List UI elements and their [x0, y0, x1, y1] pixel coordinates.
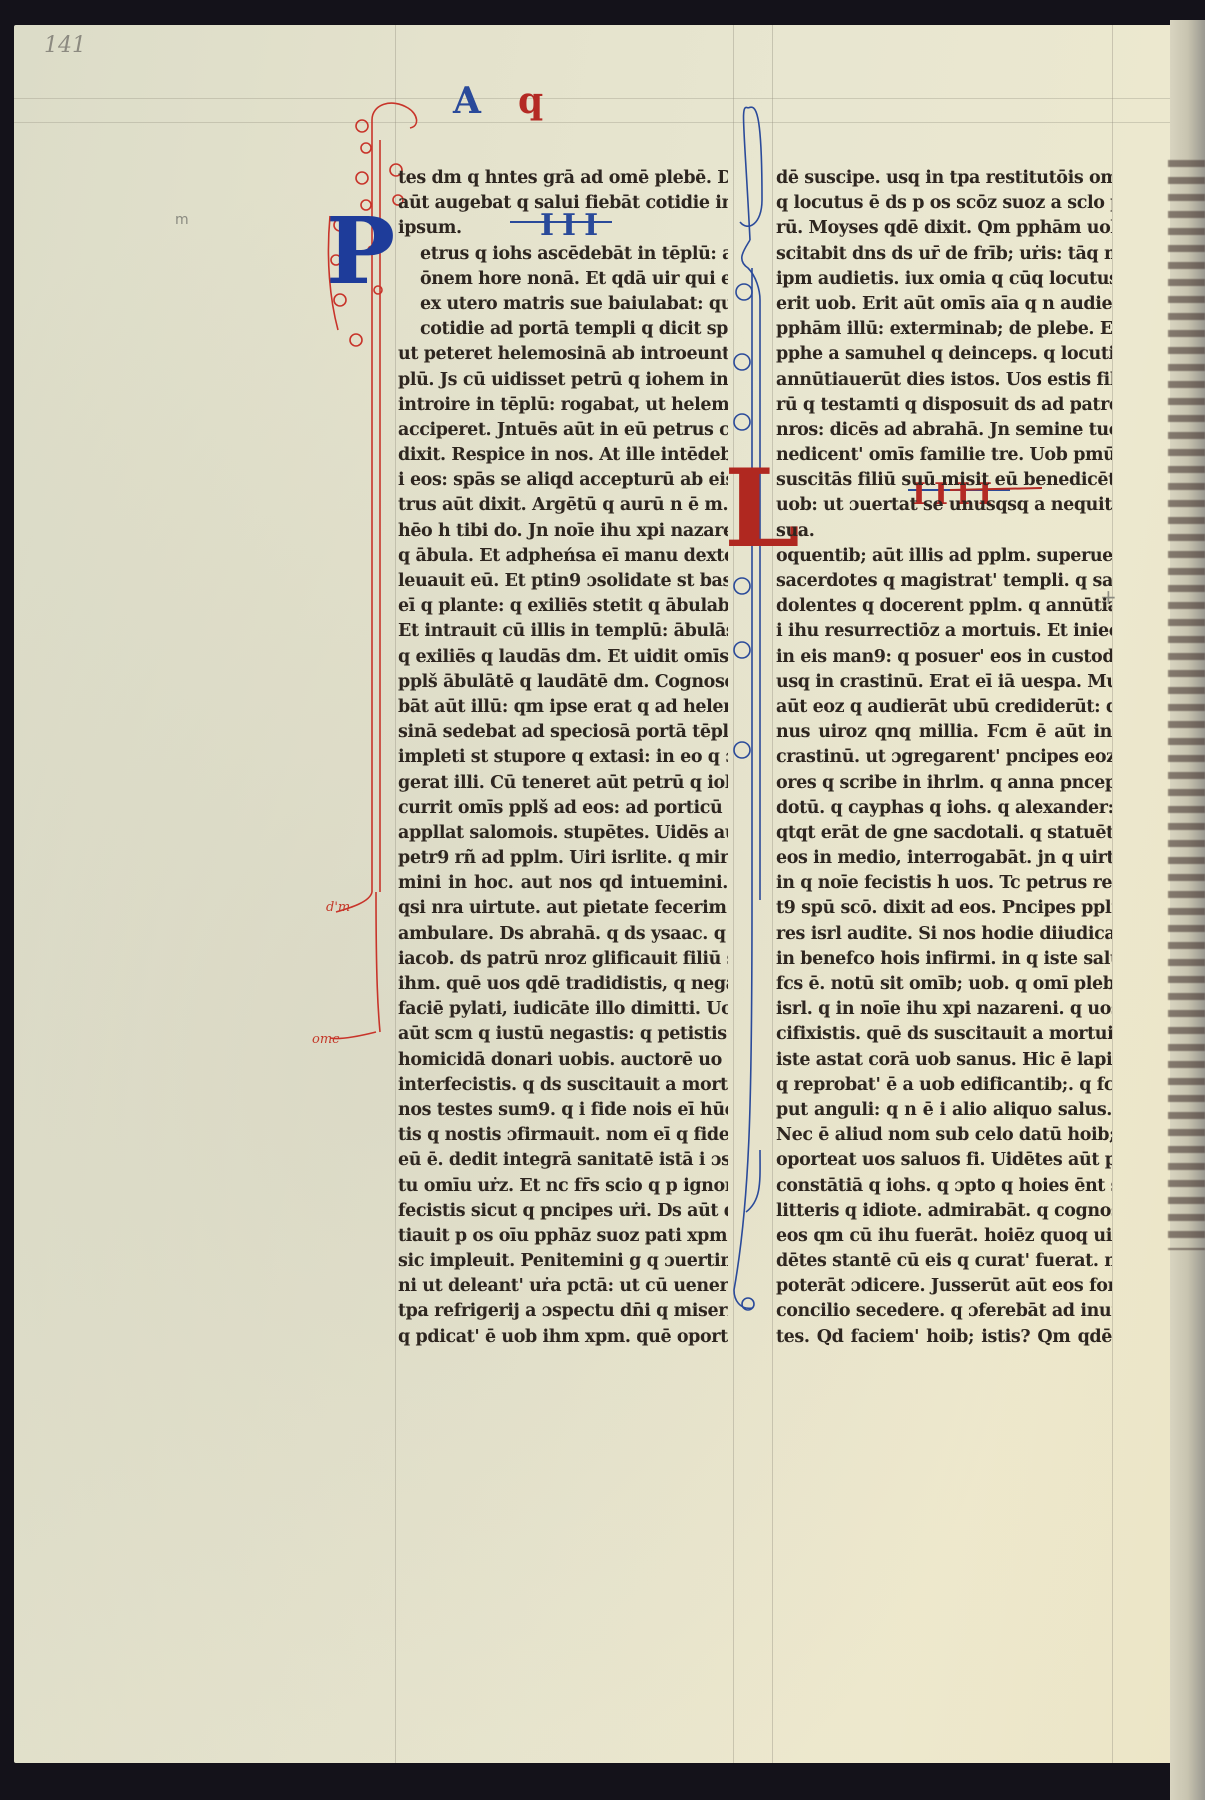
text-line: nos testes sum9. q i fide nois eī hūc qu… — [398, 1098, 728, 1123]
text-line: nus uiroz qnq millia. Fcm ē aūt in — [776, 720, 1112, 745]
pencil-mark: m — [175, 212, 189, 228]
text-line: oporteat uos saluos fi. Uidētes aūt pe — [776, 1148, 1112, 1173]
text-line: currit omīs pplš ad eos: ad porticū q — [398, 796, 728, 821]
text-line: hēo h tibi do. Jn noīe ihu xpi nazareni.… — [398, 519, 728, 544]
text-line: litteris q idiote. admirabāt. q cognosce… — [776, 1199, 1112, 1224]
text-line: isrl. q in noīe ihu xpi nazareni. q uos … — [776, 997, 1112, 1022]
ruling-line — [14, 122, 1170, 123]
text-line: petr9 rñ ad pplm. Uiri isrlite. q mira — [398, 846, 728, 871]
text-line: homicidā donari uobis. auctorē uo uite — [398, 1048, 728, 1073]
text-line: q locutus ē ds p os scōz suoz a sclo pph… — [776, 191, 1112, 216]
text-line: ores q scribe in ihrlm. q anna pnceps sa… — [776, 771, 1112, 796]
text-line: ipsum. — [398, 216, 728, 241]
text-line: tiauit p os oīu pphāz suoz pati xpm suū, — [398, 1224, 728, 1249]
text-line: concilio secedere. q ɔferebāt ad inuicē … — [776, 1299, 1112, 1324]
ruling-line — [14, 98, 1170, 99]
text-line: Et intrauit cū illis in templū: ābulās — [398, 619, 728, 644]
adjacent-leaf-text — [1168, 160, 1205, 1250]
text-line: q exiliēs q laudās dm. Et uidit omīs — [398, 645, 728, 670]
text-line: rū q testamti q disposuit ds ad patres — [776, 393, 1112, 418]
text-column-right: dē suscipe. usq in tpa restitutōis omīū.… — [776, 166, 1112, 1350]
text-line: impleti st stupore q extasi: in eo q ɔti — [398, 745, 728, 770]
text-line: iste astat corā uob sanus. Hic ē lapis — [776, 1048, 1112, 1073]
text-line: pplš ābulātē q laudātē dm. Cognosce — [398, 670, 728, 695]
text-line: mini in hoc. aut nos qd intuemini. — [398, 871, 728, 896]
text-line: iacob. ds patrū nroz glificauit filiū su… — [398, 947, 728, 972]
ruling-column-right-edge — [1112, 25, 1113, 1763]
text-line: q ābula. Et adpheńsa eī manu dextera al — [398, 544, 728, 569]
text-line: fecistis sicut q pncipes uṙi. Ds aūt q p… — [398, 1199, 728, 1224]
text-line: nedicent' omīs familie tre. Uob pmū ds — [776, 443, 1112, 468]
folio-number: 141 — [44, 33, 86, 58]
text-line: eos qm cū ihu fuerāt. hoiēz quoq ui — [776, 1224, 1112, 1249]
margin-note: omc — [312, 1032, 339, 1047]
text-line: i eos: spās se aliqd accepturū ab eis. P… — [398, 468, 728, 493]
text-line: uob: ut ɔuertat se unusqsq a nequitia — [776, 493, 1112, 518]
text-line: bāt aūt illū: qm ipse erat q ad helemo — [398, 695, 728, 720]
text-line: aūt scm q iustū negastis: q petistis uir… — [398, 1022, 728, 1047]
running-title-left: A — [453, 80, 481, 122]
text-line: ōnem hore nonā. Et qdā uir qui erat clau… — [398, 267, 728, 292]
text-line: q pdicat' ē uob ihm xpm. quē oportz celū… — [398, 1325, 728, 1350]
text-line: pphe a samuhel q deinceps. q locuti sūt. — [776, 342, 1112, 367]
text-line: tes dm q hntes grā ad omē plebē. Dns — [398, 166, 728, 191]
text-line: q reprobat' ē a uob edificantib;. q fcs … — [776, 1073, 1112, 1098]
text-line: faciē pylati, iudicāte illo dimitti. Uos — [398, 997, 728, 1022]
text-line: scitabit dns ds ur̄ de frīb; uṙis: tāq m… — [776, 242, 1112, 267]
text-column-left: tes dm q hntes grā ad omē plebē. Dns aūt… — [398, 166, 728, 1350]
text-line: dētes stantē cū eis q curat' fuerat. nic… — [776, 1249, 1112, 1274]
text-line: usq in crastinū. Erat eī iā uespa. Multi — [776, 670, 1112, 695]
text-line: rū. Moyses qdē dixit. Qm pphām uob su — [776, 216, 1112, 241]
text-line: sic impleuit. Penitemini g q ɔuertimi — [398, 1249, 728, 1274]
text-line: oquentib; aūt illis ad pplm. superuenert — [776, 544, 1112, 569]
text-line: ni ut deleant' uṙa pctā: ut cū uenerint — [398, 1274, 728, 1299]
text-line: tu omīu uṙz. Et nc fr̄s scio q p ignoran… — [398, 1174, 728, 1199]
text-line: aūt augebat q salui fiebāt cotidie in id — [398, 191, 728, 216]
text-line: ut peteret helemosinā ab introeuntib' i … — [398, 342, 728, 367]
text-line: gerat illi. Cū teneret aūt petrū q iohē:… — [398, 771, 728, 796]
text-line: qtqt erāt de gne sacdotali. q statuētes — [776, 821, 1112, 846]
text-line: pphām illū: exterminab; de plebe. Et omē… — [776, 317, 1112, 342]
text-line: ipm audietis. iux omia q cūq locutus fu — [776, 267, 1112, 292]
text-line: Nec ē aliud nom sub celo datū hoib; in q — [776, 1123, 1112, 1148]
text-line: i ihu resurrectiōz a mortuis. Et iniecer… — [776, 619, 1112, 644]
text-line: ihm. quē uos qdē tradidistis, q negastis… — [398, 972, 728, 997]
text-line: trus aūt dixit. Argētū q aurū n ē m. Qd … — [398, 493, 728, 518]
text-line: tis q nostis ɔfirmauit. nom eī q fides q… — [398, 1123, 728, 1148]
text-line: aūt eoz q audierāt ubū crediderūt: q fcs… — [776, 695, 1112, 720]
text-line: interfecistis. q ds suscitauit a mortuis… — [398, 1073, 728, 1098]
text-line: eos in medio, interrogabāt. jn q uirtute… — [776, 846, 1112, 871]
text-line: leuauit eū. Et ptin9 ɔsolidate st bases — [398, 569, 728, 594]
text-line: in benefco hois infirmi. in q iste saluu — [776, 947, 1112, 972]
text-line: eī q plante: q exiliēs stetit q ābulabat… — [398, 594, 728, 619]
text-line: acciperet. Jntuēs aūt in eū petrus cū io… — [398, 418, 728, 443]
text-line: annūtiauerūt dies istos. Uos estis filij… — [776, 368, 1112, 393]
text-line: sacerdotes q magistrat' templi. q saduce… — [776, 569, 1112, 594]
decorated-initial-p: P — [326, 205, 395, 297]
text-line: dixit. Respice in nos. At ille intēdebat — [398, 443, 728, 468]
running-title-right: q — [518, 80, 543, 122]
text-line: in q noīe fecistis h uos. Tc petrus repl… — [776, 871, 1112, 896]
text-line: in eis man9: q posuer' eos in custodiā: — [776, 645, 1112, 670]
text-line: nros: dicēs ad abrahā. Jn semine tuo be — [776, 418, 1112, 443]
text-line: tes. Qd faciem' hoib; istis? Qm qdē — [776, 1325, 1112, 1350]
text-line: ex utero matris sue baiulabat: quē poneb… — [398, 292, 728, 317]
text-line: crastinū. ut ɔgregarent' pncipes eoz q s… — [776, 745, 1112, 770]
text-line: tpa refrigerij a ɔspectu dn̄i q miserit … — [398, 1299, 728, 1324]
text-line: qsi nra uirtute. aut pietate fecerim' hū… — [398, 896, 728, 921]
text-line: constātiā q iohs. q ɔpto q hoies ēnt sin — [776, 1174, 1112, 1199]
text-line: cotidie ad portā templi q dicit speciosa… — [398, 317, 728, 342]
text-line: cifixistis. quē ds suscitauit a mortuis … — [776, 1022, 1112, 1047]
text-line: introire in tēplū: rogabat, ut helemosin… — [398, 393, 728, 418]
text-line: put anguli: q n ē i alio aliquo salus. — [776, 1098, 1112, 1123]
text-line: suscitās filiū suū misit eū benedicētē — [776, 468, 1112, 493]
text-line: sua. — [776, 519, 1112, 544]
text-line: eū ē. dedit integrā sanitatē istā i ɔspe… — [398, 1148, 728, 1173]
text-line: sinā sedebat ad speciosā portā tēpli. Et — [398, 720, 728, 745]
text-line: etrus q iohs ascēdebāt in tēplū: ad orā — [398, 242, 728, 267]
text-line: ambulare. Ds abrahā. q ds ysaac. q ds — [398, 922, 728, 947]
text-line: plū. Js cū uidisset petrū q iohem incipi… — [398, 368, 728, 393]
ruling-column-right-left-edge — [772, 25, 773, 1763]
text-line: dotū. q cayphas q iohs. q alexander: q — [776, 796, 1112, 821]
ruling-column-left-right-edge — [733, 25, 734, 1763]
text-line: appllat salomois. stupētes. Uidēs aūt — [398, 821, 728, 846]
text-line: poterāt ɔdicere. Jusserūt aūt eos foras.… — [776, 1274, 1112, 1299]
text-line: fcs ē. notū sit omīb; uob. q omī plebi — [776, 972, 1112, 997]
margin-note: d'm — [326, 900, 350, 915]
text-line: res isrl audite. Si nos hodie diiudicam — [776, 922, 1112, 947]
text-line: dolentes q docerent pplm. q annūtiarent — [776, 594, 1112, 619]
text-line: t9 spū scō. dixit ad eos. Pncipes ppli q… — [776, 896, 1112, 921]
text-line: erit uob. Erit aūt omīs aīa q n audierit — [776, 292, 1112, 317]
text-line: dē suscipe. usq in tpa restitutōis omīū. — [776, 166, 1112, 191]
